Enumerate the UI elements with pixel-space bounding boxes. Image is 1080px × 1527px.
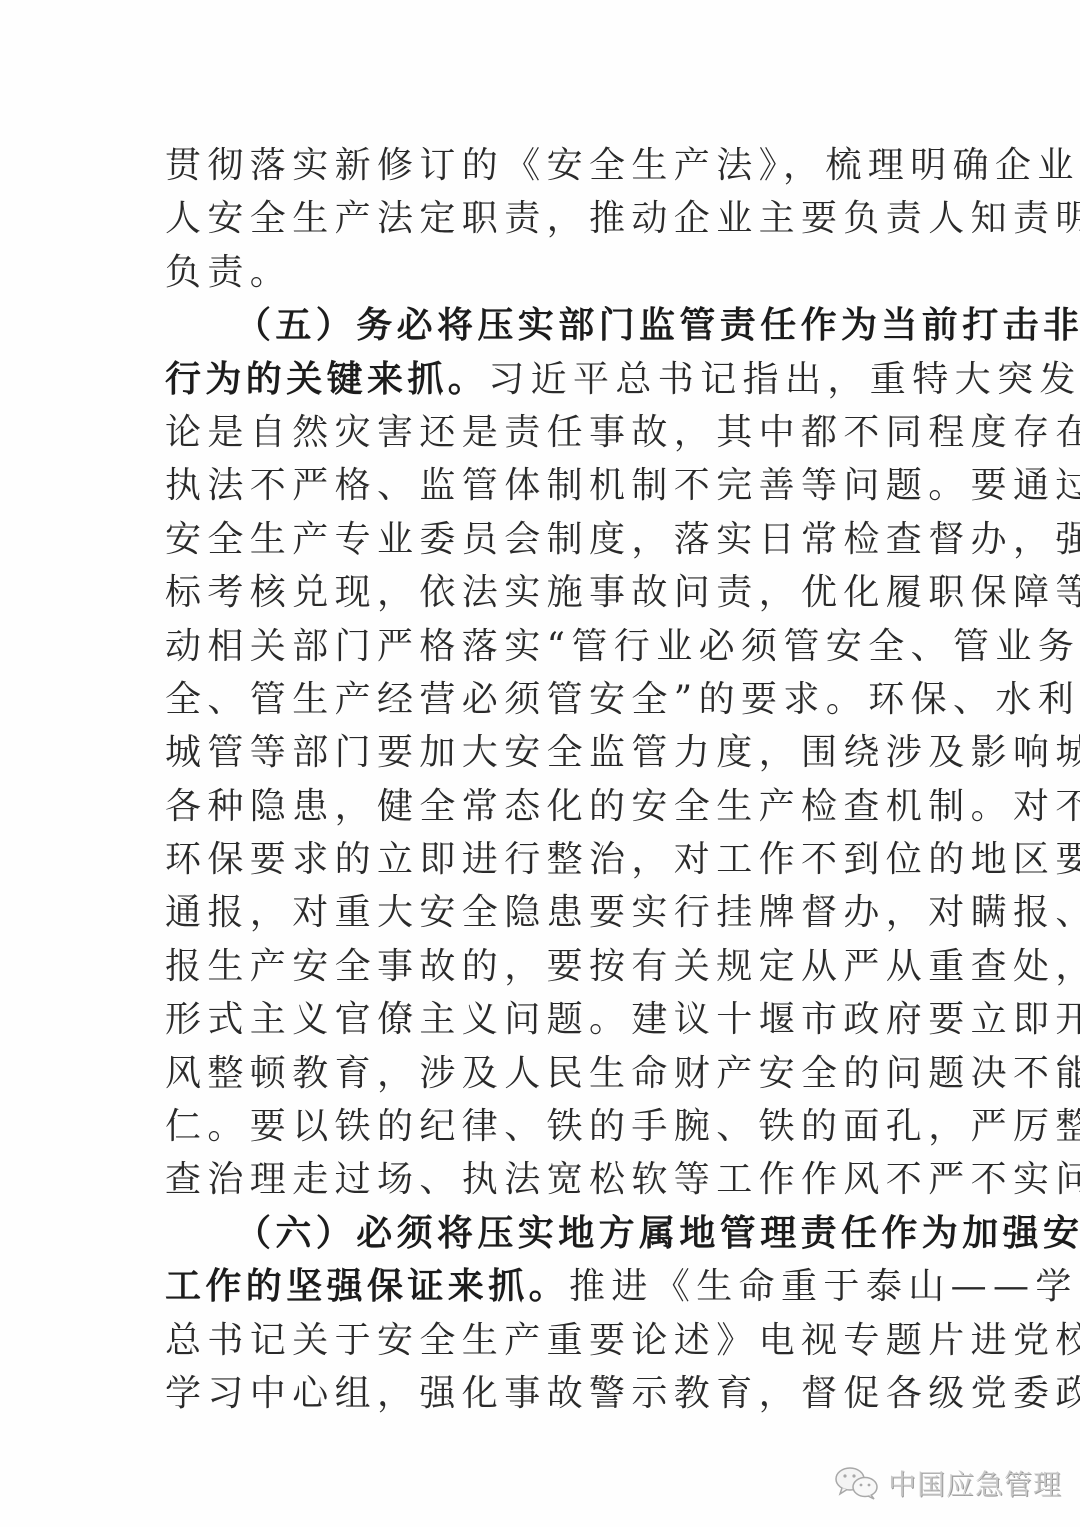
text-line: 动相关部门严格落实“管行业必须管安全、管业务必须管安	[165, 620, 925, 673]
text-line: 查治理走过场、执法宽松软等工作作风不严不实问题。	[165, 1153, 925, 1206]
text-line: 环保要求的立即进行整治，对工作不到位的地区要进行约谈	[165, 833, 925, 886]
body-text: 推进《生命重于泰山——学习习近平	[569, 1266, 1080, 1307]
text-line: 安全生产专业委员会制度，落实日常检查督办，强化年度目	[165, 513, 925, 566]
section-heading-line: （五）务必将压实部门监管责任作为当前打击非法违法	[165, 299, 925, 352]
wechat-icon	[834, 1466, 880, 1500]
text-line: 负责。	[165, 246, 925, 299]
text-line: 工作的坚强保证来抓。推进《生命重于泰山——学习习近平	[165, 1260, 925, 1313]
text-line: 风整顿教育，涉及人民生命财产安全的问题决不能麻木不	[165, 1047, 925, 1100]
text-line: 学习中心组，强化事故警示教育，督促各级党委政府知责于	[165, 1367, 925, 1420]
text-line: 城管等部门要加大安全监管力度，围绕涉及影响城市安全的	[165, 726, 925, 779]
bold-heading-text: 工作的坚强保证来抓。	[165, 1266, 569, 1307]
text-line: 各种隐患，健全常态化的安全生产检查机制。对不符合安全	[165, 780, 925, 833]
section-heading-line: （六）必须将压实地方属地管理责任作为加强安全生产	[165, 1207, 925, 1260]
body-text: 习近平总书记指出，重特大突发事件，不	[488, 359, 1080, 400]
text-line: 通报，对重大安全隐患要实行挂牌督办，对瞒报、谎报、迟	[165, 886, 925, 939]
text-line: 贯彻落实新修订的《安全生产法》，梳理明确企业主要负责	[165, 139, 925, 192]
bold-heading-text: 行为的关键来抓。	[165, 359, 488, 400]
text-line: 人安全生产法定职责，推动企业主要负责人知责明责、担当	[165, 192, 925, 245]
document-page: 贯彻落实新修订的《安全生产法》，梳理明确企业主要负责人安全生产法定职责，推动企业…	[0, 0, 1080, 1527]
text-line: 总书记关于安全生产重要论述》电视专题片进党校、进理论	[165, 1314, 925, 1367]
bold-heading-text: （五）务必将压实部门监管责任作为当前打击非法违法	[235, 305, 1080, 346]
bold-heading-text: （六）必须将压实地方属地管理责任作为加强安全生产	[235, 1213, 1080, 1254]
text-line: 标考核兑现，依法实施事故问责，优化履职保障等措施，推	[165, 566, 925, 619]
text-line: 论是自然灾害还是责任事故，其中都不同程度存在安全监管	[165, 406, 925, 459]
text-line: 全、管生产经营必须管安全”的要求。环保、水利、住建、	[165, 673, 925, 726]
text-line: 报生产安全事故的，要按有关规定从严从重查处，坚决杜绝	[165, 940, 925, 993]
document-body: 贯彻落实新修订的《安全生产法》，梳理明确企业主要负责人安全生产法定职责，推动企业…	[165, 139, 925, 1420]
text-line: 仁。要以铁的纪律、铁的手腕、铁的面孔，严厉整治隐患排	[165, 1100, 925, 1153]
watermark-text: 中国应急管理	[888, 1463, 1062, 1503]
text-line: 行为的关键来抓。习近平总书记指出，重特大突发事件，不	[165, 353, 925, 406]
text-line: 形式主义官僚主义问题。建议十堰市政府要立即开展干部作	[165, 993, 925, 1046]
watermark: 中国应急管理	[834, 1463, 1062, 1503]
text-line: 执法不严格、监管体制机制不完善等问题。要通过健全完善	[165, 459, 925, 512]
